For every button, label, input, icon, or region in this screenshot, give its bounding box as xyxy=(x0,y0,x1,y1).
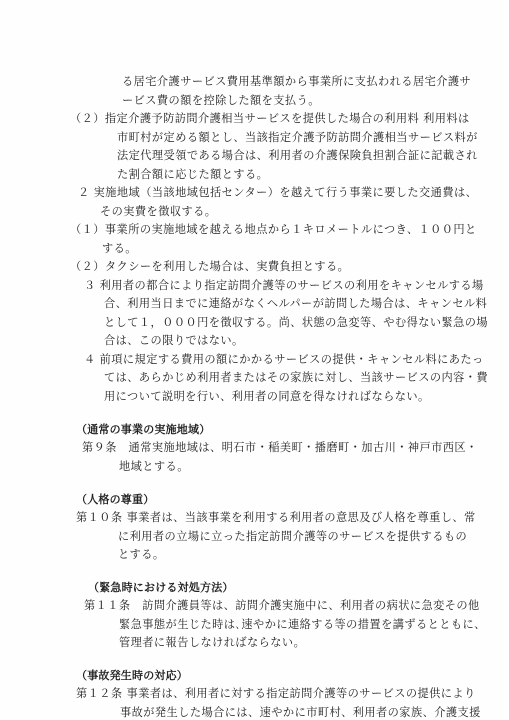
article-text-line: に利用者の立場に立った指定訪問介護等のサービスを提供するもの xyxy=(118,530,467,544)
article-text-line: 地域とする。 xyxy=(119,460,189,474)
article-text-line: 第１２条 事業者は、利用者に対する指定訪問介護等のサービスの提供により xyxy=(76,687,476,701)
article-text-line: 管理者に報告しなければならない。 xyxy=(119,636,305,650)
section-heading: （人格の尊重） xyxy=(76,493,154,507)
article-text-line: 第１１条 訪問介護員等は、訪問介護実施中に、利用者の病状に急変その他 xyxy=(84,599,480,613)
body-text-line: （２）タクシーを利用した場合は、実費負担とする。 xyxy=(70,260,349,274)
body-text-line: 合は、この限りではない。 xyxy=(104,334,244,348)
body-text-line: 用について説明を行い、利用者の同意を得なければならない。 xyxy=(104,390,430,404)
body-text-line: 市町村が定める額とし、当該指定介護予防訪問介護相当サービス料が xyxy=(117,131,478,145)
body-text-line: （１）事業所の実施地域を越える地点から１キロメートルにつき、１００円と xyxy=(70,223,477,237)
document-page: る居宅介護サービス費用基準額から事業所に支払われる居宅介護サービス費の額を控除し… xyxy=(0,0,509,720)
article-text-line: とする。 xyxy=(118,548,165,562)
body-text-line: 法定代理受領である場合は、利用者の介護保険負担割合証に記載され xyxy=(117,149,478,163)
body-text-line: た割合額に応じた額とする。 xyxy=(117,168,268,182)
section-heading: （緊急時における対処方法） xyxy=(88,581,234,595)
article-text-line: 第９条 通常実施地域は、明石市・稲美町・播磨町・加古川・神戸市西区・ xyxy=(82,441,478,455)
body-text-line: ４ 前項に規定する費用の額にかかるサービスの提供・キャンセル料にあたっ xyxy=(84,353,484,367)
body-text-line: る居宅介護サービス費用基準額から事業所に支払われる居宅介護サ xyxy=(122,75,471,89)
body-text-line: （２）指定介護予防訪問介護相当サービスを提供した場合の利用料 利用料は xyxy=(70,112,470,126)
article-text-line: 第１０条 事業者は、当該事業を利用する利用者の意思及び人格を尊重し、常 xyxy=(76,511,476,525)
body-text-line: 合、利用当日までに連絡がなくヘルパーが訪問した場合は、キャンセル料 xyxy=(104,297,487,311)
section-heading: （通常の事業の実施地域） xyxy=(76,423,210,437)
body-text-line: ２ 実施地域（当該地域包括センター）を越えて行う事業に要した交通費は、 xyxy=(78,186,477,200)
body-text-line: ービス費の額を控除した額を支払う。 xyxy=(122,94,320,108)
body-text-line: として１，０００円を徴収する。尚、状態の急変等、やむ得ない緊急の場 xyxy=(104,316,488,330)
section-heading: （事故発生時の対応） xyxy=(76,669,188,683)
body-text-line: する。 xyxy=(102,242,137,256)
body-text-line: その実費を徴収する。 xyxy=(100,205,216,219)
article-text-line: 緊急事態が生じた時は､速やかに連絡する等の措置を講ずるとともに、 xyxy=(119,618,486,632)
body-text-line: ては、あらかじめ利用者またはその家族に対し、当該サービスの内容・費 xyxy=(104,371,488,385)
body-text-line: ３ 利用者の都合により指定訪問介護等のサービスの利用をキャンセルする場 xyxy=(84,279,484,293)
article-text-line: 事故が発生した場合には、速やかに市町村、利用者の家族、介護支援 xyxy=(120,706,481,720)
